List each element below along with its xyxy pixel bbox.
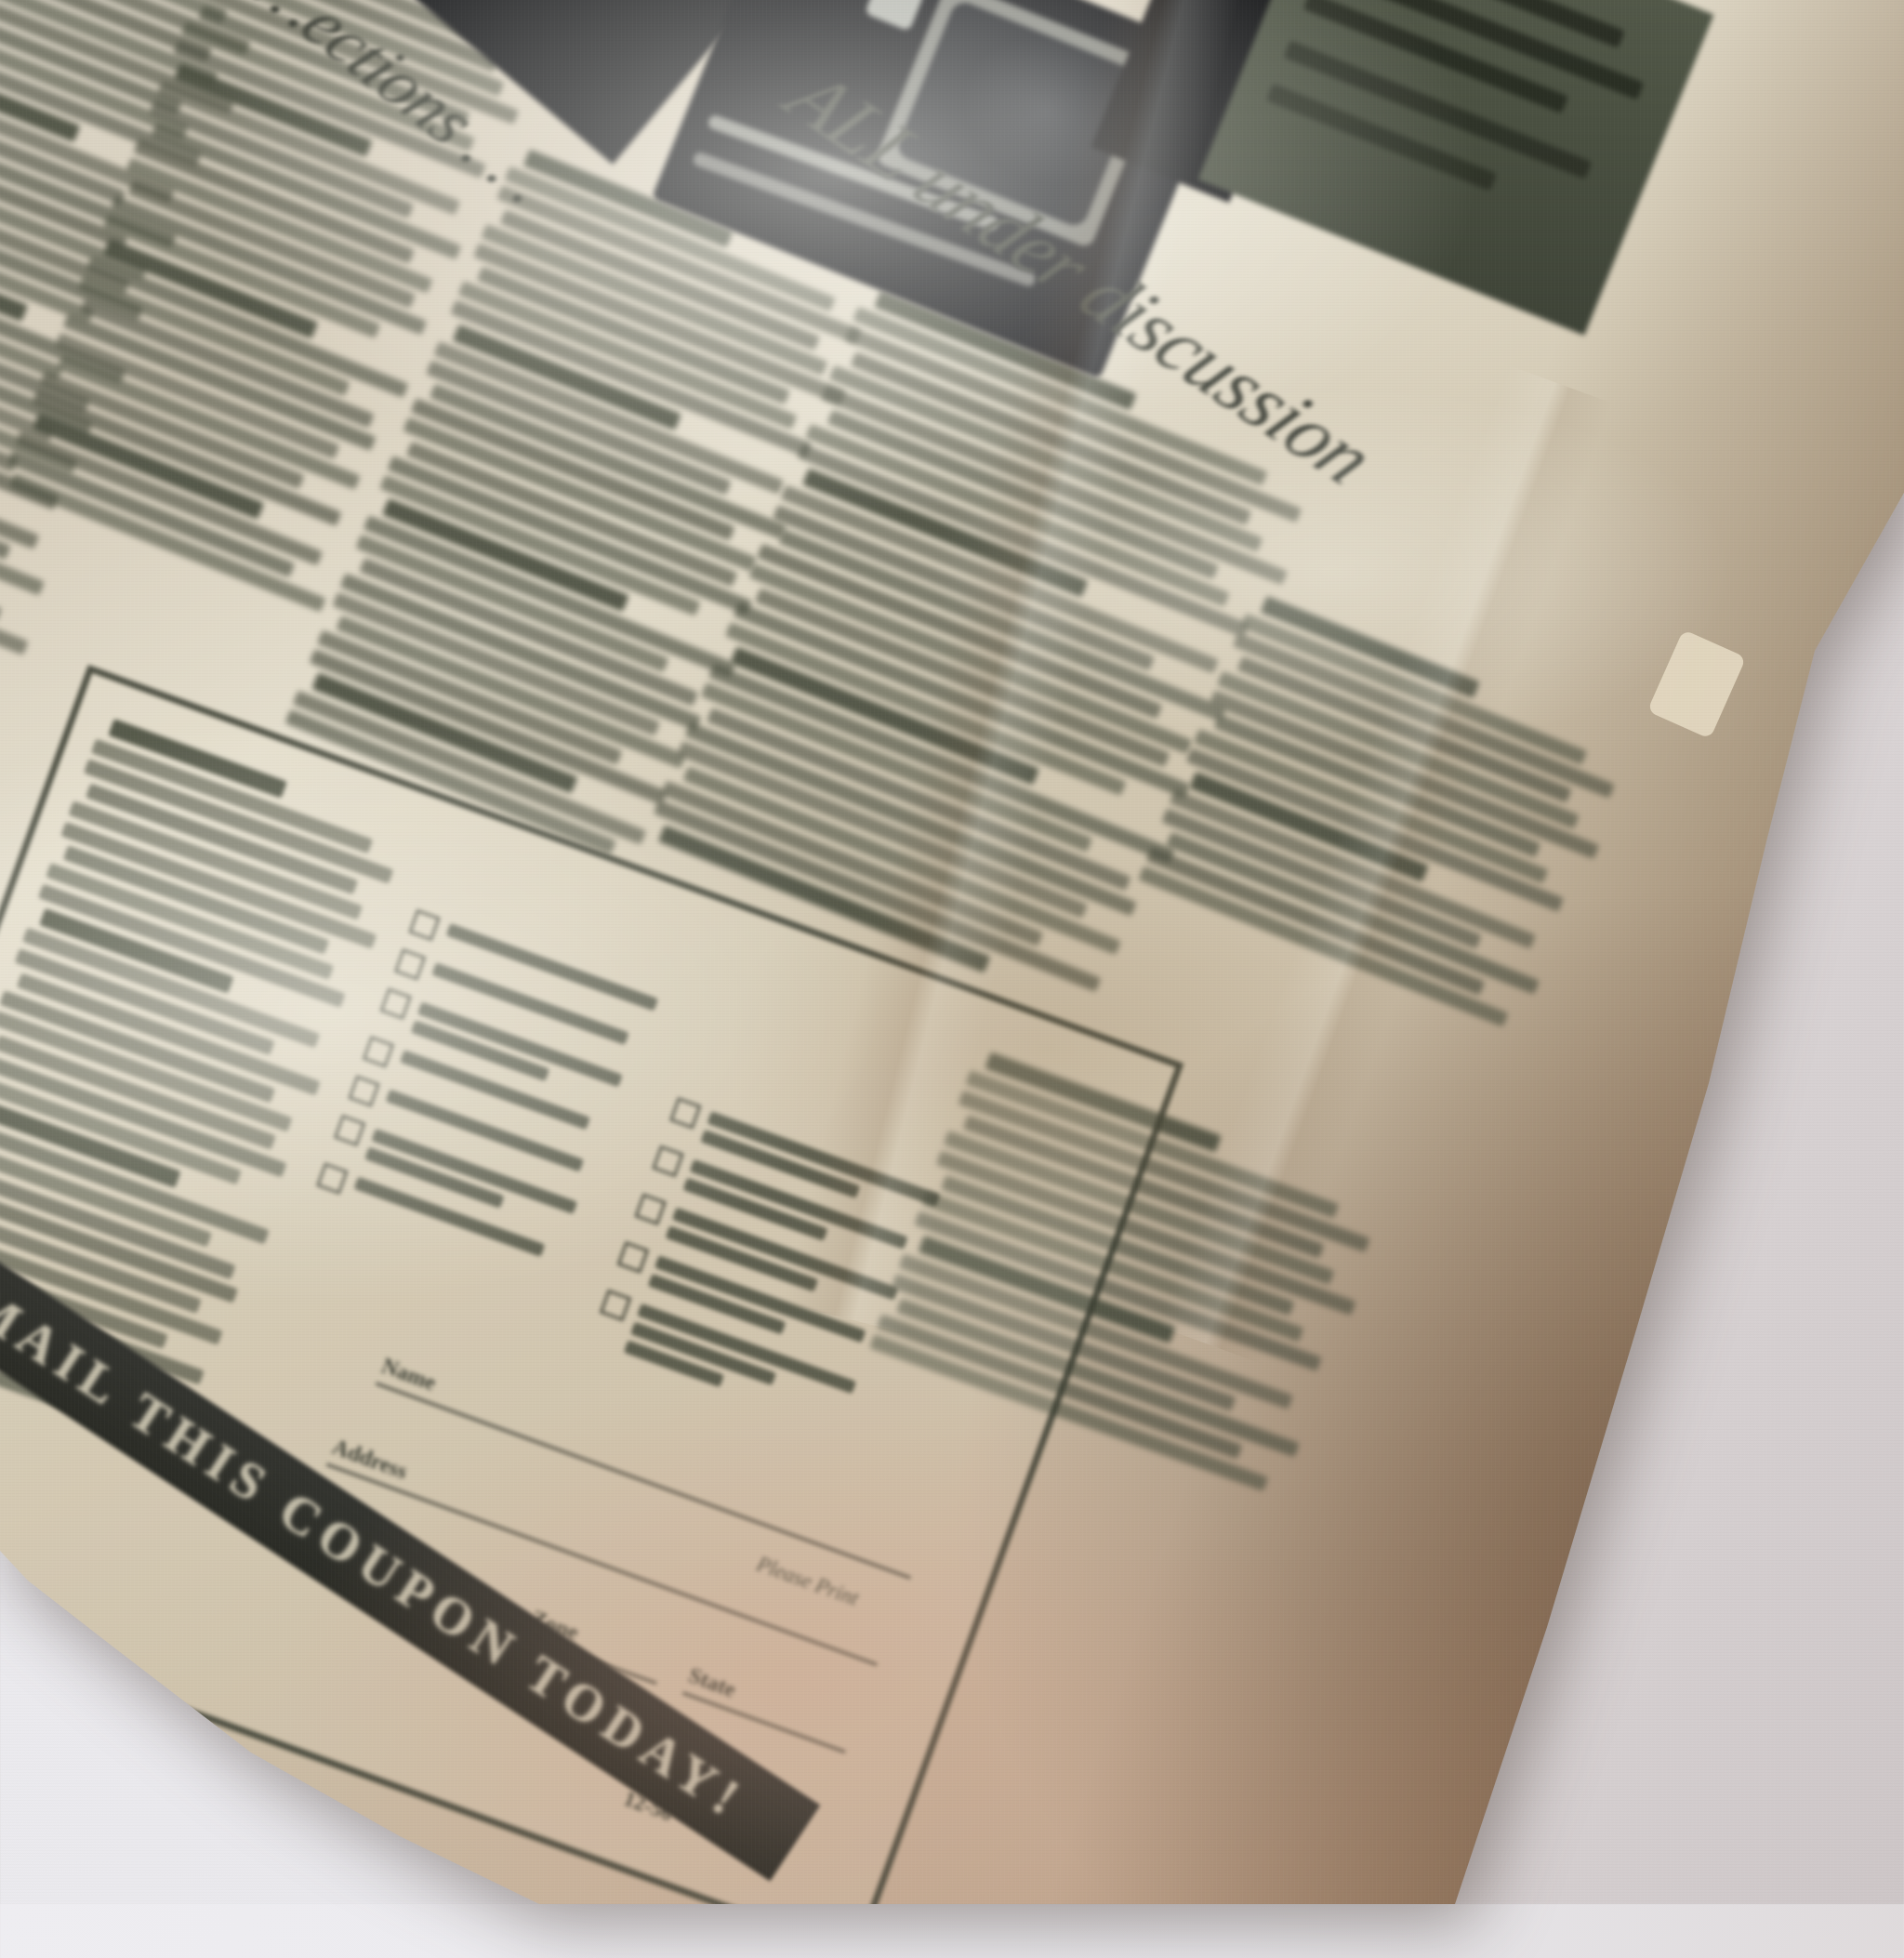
- address-label: Address: [329, 1435, 411, 1486]
- please-print-note: Please Print: [753, 1552, 861, 1611]
- checkbox-icon: [363, 1036, 395, 1068]
- checkbox-icon: [634, 1193, 667, 1225]
- checkbox-icon: [652, 1145, 684, 1178]
- state-label: State: [685, 1663, 739, 1703]
- checkbox-icon: [379, 987, 412, 1020]
- checkbox-icon: [617, 1241, 650, 1274]
- photo-canvas: …ections . . . ALL under discussion: [0, 0, 1904, 1904]
- book-cover-photo: [1198, 0, 1714, 336]
- newspaper-page: …ections . . . ALL under discussion: [0, 0, 1904, 1904]
- name-label: Name: [378, 1354, 440, 1396]
- coupon-checkbox-list: [584, 1096, 941, 1450]
- book-title-bar: [1266, 84, 1498, 192]
- checkbox-icon: [348, 1075, 380, 1107]
- torn-edge-highlight: [1647, 629, 1747, 739]
- checkbox-icon: [669, 1097, 702, 1130]
- page-wrapper: …ections . . . ALL under discussion: [0, 0, 1904, 1904]
- checkbox-icon: [600, 1290, 632, 1322]
- checkbox-icon: [408, 909, 441, 942]
- tv-glint: [865, 0, 925, 32]
- checkbox-icon: [334, 1115, 366, 1147]
- checkbox-icon: [394, 948, 427, 981]
- checkbox-icon: [316, 1162, 349, 1195]
